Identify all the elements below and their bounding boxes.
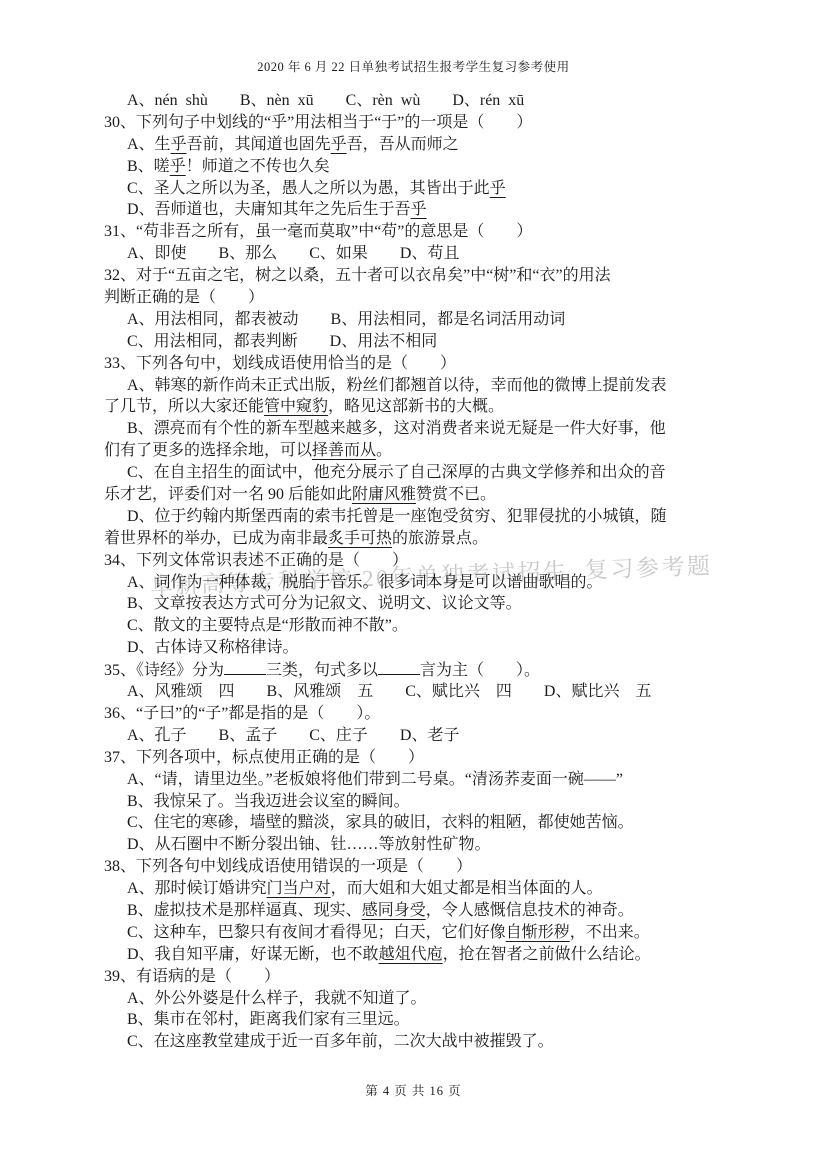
line-q39-a: A、外公外婆是什么样子，我就不知道了。 <box>104 988 730 1010</box>
line-q37-c: C、住宅的寒碜，墙壁的黯淡，家具的破旧，衣料的粗陋，都使她苦恼。 <box>104 812 730 834</box>
page-header: 2020 年 6 月 22 日单独考试招生报考学生复习参考使用 <box>0 57 827 75</box>
text-segment: 吾，吾从而师之 <box>347 136 459 153</box>
line-q34-c: C、散文的主要特点是“形散而神不散”。 <box>104 615 730 637</box>
text-segment: 判断正确的是（ ） <box>104 289 264 306</box>
line-q37: 37、下列各项中，标点使用正确的是（ ） <box>104 747 730 769</box>
text-segment: 34、下列文体常识表述不正确的是（ ） <box>104 552 408 569</box>
line-q32-cd: C、用法相同，都表判断 D、用法不相同 <box>104 331 730 353</box>
line-q30-c: C、圣人之所以为圣，愚人之所以为愚，其皆出于此乎 <box>104 178 730 200</box>
text-segment: 言为主（ ）。 <box>420 662 540 679</box>
text-segment: 赞赏不已。 <box>416 486 496 503</box>
line-q32-ab: A、用法相同，都表被动 B、用法相同，都是名词活用动词 <box>104 309 730 331</box>
text-segment: ，而大姐和大姐丈都是相当体面的人。 <box>331 880 603 897</box>
line-q38-b: B、虚拟技术是那样逼真、现实、感同身受，令人感慨信息技术的神奇。 <box>104 900 730 922</box>
underlined-term: 乎 <box>411 201 427 218</box>
text-segment: 38、下列各句中划线成语使用错误的一项是（ ） <box>104 858 472 875</box>
text-segment: 了几节，所以大家还能 <box>104 398 264 415</box>
text-segment: ，略见这部新书的大概。 <box>328 398 504 415</box>
text-segment: D、从石圈中不断分裂出铀、钍……等放射性矿物。 <box>127 836 491 853</box>
blank-line <box>378 659 420 675</box>
text-segment: 。 <box>376 442 392 459</box>
underlined-term: 管中窥豹 <box>264 398 328 415</box>
text-segment: ，令人感慨信息技术的神奇。 <box>426 902 634 919</box>
text-segment: B、集市在邻村，距离我们家有三里远。 <box>127 1011 410 1028</box>
line-q38: 38、下列各句中划线成语使用错误的一项是（ ） <box>104 856 730 878</box>
text-segment: C、在这座教堂建成于近一百多年前，二次大战中被摧毁了。 <box>127 1033 554 1050</box>
text-segment: A、词作为一种体裁，脱胎于音乐。很多词本身是可以谱曲歌唱的。 <box>127 574 603 591</box>
text-segment: C、住宅的寒碜，墙壁的黯淡，家具的破旧，衣料的粗陋，都使她苦恼。 <box>127 814 634 831</box>
line-q39-c: C、在这座教堂建成于近一百多年前，二次大战中被摧毁了。 <box>104 1031 730 1053</box>
line-q36-options: A、孔子 B、孟子 C、庄子 D、老子 <box>104 725 730 747</box>
line-q33-a2: 了几节，所以大家还能管中窥豹，略见这部新书的大概。 <box>104 396 730 418</box>
line-q33-d2: 着世界杯的举办，已成为南非最炙手可热的旅游景点。 <box>104 528 730 550</box>
underlined-term: 乎 <box>490 180 506 197</box>
underlined-term: 越俎代庖 <box>379 946 443 963</box>
text-segment: C、散文的主要特点是“形散而神不散”。 <box>127 617 408 634</box>
line-q32-2: 判断正确的是（ ） <box>104 287 730 309</box>
text-segment: A、即使 B、那么 C、如果 D、苟且 <box>127 245 459 262</box>
text-segment: 30、下列句子中划线的“乎”用法相当于“于”的一项是（ ） <box>104 114 532 131</box>
line-q39-b: B、集市在邻村，距离我们家有三里远。 <box>104 1009 730 1031</box>
line-q33-a1: A、韩寒的新作尚未正式出版，粉丝们都翘首以待，幸而他的微博上提前发表 <box>104 375 730 397</box>
text-segment: A、那时候订婚讲究 <box>127 880 267 897</box>
text-segment: A、nén shù B、nèn xū C、rèn wù D、rén xū <box>127 92 524 109</box>
text-segment: D、古体诗又称格律诗。 <box>127 639 299 656</box>
text-segment: A、孔子 B、孟子 C、庄子 D、老子 <box>127 727 459 744</box>
text-segment: C、在自主招生的面试中，他充分展示了自己深厚的古典文学修养和出众的音 <box>127 464 666 481</box>
line-q36: 36、“子曰”的“子”都是指的是（ ）。 <box>104 703 730 725</box>
text-segment: 35、《诗经》分为 <box>104 662 224 679</box>
text-segment: D、吾师道也，夫庸知其年之先后生于吾 <box>127 201 411 218</box>
underlined-term: 感同身受 <box>362 902 426 919</box>
text-segment: B、嗟 <box>127 158 170 175</box>
text-segment: 32、对于“五亩之宅，树之以桑，五十者可以衣帛矣”中“树”和“衣”的用法 <box>104 267 611 284</box>
text-segment: 37、下列各项中，标点使用正确的是（ ） <box>104 749 424 766</box>
line-q34-d: D、古体诗又称格律诗。 <box>104 637 730 659</box>
line-q34-b: B、文章按表达方式可分为记叙文、说明文、议论文等。 <box>104 593 730 615</box>
underlined-term: 门当户对 <box>267 880 331 897</box>
text-segment: 们有了更多的选择余地，可以 <box>104 442 312 459</box>
text-segment: B、文章按表达方式可分为记叙文、说明文、议论文等。 <box>127 595 522 612</box>
underlined-term: 附庸风雅 <box>352 486 416 503</box>
text-segment: A、风雅颂 四 B、风雅颂 五 C、赋比兴 四 D、赋比兴 五 <box>127 683 651 700</box>
text-segment: D、我自知平庸，好谋无断，也不敢 <box>127 946 379 963</box>
underlined-term: 乎 <box>171 136 187 153</box>
line-q33-b1: B、漂亮而有个性的新车型越来越多，这对消费者来说无疑是一件大好事，他 <box>104 418 730 440</box>
text-segment: B、我惊呆了。当我迈进会议室的瞬间。 <box>127 793 410 810</box>
exam-page: 2020 年 6 月 22 日单独考试招生报考学生复习参考使用 阜新高等专科学校… <box>0 0 827 1169</box>
underlined-term: 炙手可热 <box>328 530 392 547</box>
exam-content: A、nén shù B、nèn xū C、rèn wù D、rén xū30、下… <box>104 90 730 1053</box>
line-q29-options: A、nén shù B、nèn xū C、rèn wù D、rén xū <box>104 90 730 112</box>
text-segment: ，抢在智者之前做什么结论。 <box>443 946 651 963</box>
text-segment: D、位于约翰内斯堡西南的索韦托曾是一座饱受贫穷、犯罪侵扰的小城镇，随 <box>127 508 667 525</box>
line-q30: 30、下列句子中划线的“乎”用法相当于“于”的一项是（ ） <box>104 112 730 134</box>
line-q33-b2: 们有了更多的选择余地，可以择善而从。 <box>104 440 730 462</box>
text-segment: A、生 <box>127 136 171 153</box>
text-segment: C、这种车，巴黎只有夜间才看得见；白天，它们好像 <box>127 924 506 941</box>
line-q35: 35、《诗经》分为三类，句式多以言为主（ ）。 <box>104 659 730 681</box>
underlined-term: 乎 <box>170 158 186 175</box>
line-q33-c1: C、在自主招生的面试中，他充分展示了自己深厚的古典文学修养和出众的音 <box>104 462 730 484</box>
text-segment: A、“请，请里边坐。”老板娘将他们带到二号桌。“清汤荞麦面一碗——” <box>127 771 623 788</box>
text-segment: 33、下列各句中，划线成语使用恰当的是（ ） <box>104 355 456 372</box>
text-segment: C、用法相同，都表判断 D、用法不相同 <box>127 333 437 350</box>
text-segment: A、韩寒的新作尚未正式出版，粉丝们都翘首以待，幸而他的微博上提前发表 <box>127 377 667 394</box>
underlined-term: 择善而从 <box>312 442 376 459</box>
line-q34: 34、下列文体常识表述不正确的是（ ） <box>104 550 730 572</box>
text-segment: ！师道之不传也久矣 <box>186 158 330 175</box>
text-segment: C、圣人之所以为圣，愚人之所以为愚，其皆出于此 <box>127 180 490 197</box>
line-q37-a: A、“请，请里边坐。”老板娘将他们带到二号桌。“清汤荞麦面一碗——” <box>104 769 730 791</box>
text-segment: A、外公外婆是什么样子，我就不知道了。 <box>127 990 427 1007</box>
text-segment: 的旅游景点。 <box>392 530 488 547</box>
line-q38-d: D、我自知平庸，好谋无断，也不敢越俎代庖，抢在智者之前做什么结论。 <box>104 944 730 966</box>
line-q33-c2: 乐才艺，评委们对一名 90 后能如此附庸风雅赞赏不已。 <box>104 484 730 506</box>
line-q33-d1: D、位于约翰内斯堡西南的索韦托曾是一座饱受贫穷、犯罪侵扰的小城镇，随 <box>104 506 730 528</box>
blank-line <box>224 659 266 675</box>
text-segment: 31、“苟非吾之所有，虽一毫而莫取”中“苟”的意思是（ ） <box>104 223 532 240</box>
underlined-term: 乎 <box>331 136 347 153</box>
text-segment: 三类，句式多以 <box>266 662 378 679</box>
line-q37-b: B、我惊呆了。当我迈进会议室的瞬间。 <box>104 791 730 813</box>
line-q30-b: B、嗟乎！师道之不传也久矣 <box>104 156 730 178</box>
text-segment: 39、有语病的是（ ） <box>104 968 280 985</box>
line-q38-a: A、那时候订婚讲究门当户对，而大姐和大姐丈都是相当体面的人。 <box>104 878 730 900</box>
text-segment: ，不出来。 <box>570 924 650 941</box>
text-segment: 36、“子曰”的“子”都是指的是（ ）。 <box>104 705 380 722</box>
line-q38-c: C、这种车，巴黎只有夜间才看得见；白天，它们好像自惭形秽，不出来。 <box>104 922 730 944</box>
page-footer: 第 4 页 共 16 页 <box>0 1081 827 1099</box>
underlined-term: 自惭形秽 <box>506 924 570 941</box>
line-q31-options: A、即使 B、那么 C、如果 D、苟且 <box>104 243 730 265</box>
text-segment: 乐才艺，评委们对一名 90 后能如此 <box>104 486 352 503</box>
text-segment: B、虚拟技术是那样逼真、现实、 <box>127 902 362 919</box>
text-segment: 吾前，其闻道也固先 <box>187 136 331 153</box>
line-q30-d: D、吾师道也，夫庸知其年之先后生于吾乎 <box>104 199 730 221</box>
line-q39: 39、有语病的是（ ） <box>104 966 730 988</box>
line-q33: 33、下列各句中，划线成语使用恰当的是（ ） <box>104 353 730 375</box>
text-segment: B、漂亮而有个性的新车型越来越多，这对消费者来说无疑是一件大好事，他 <box>127 420 666 437</box>
line-q30-a: A、生乎吾前，其闻道也固先乎吾，吾从而师之 <box>104 134 730 156</box>
text-segment: A、用法相同，都表被动 B、用法相同，都是名词活用动词 <box>127 311 565 328</box>
line-q32-1: 32、对于“五亩之宅，树之以桑，五十者可以衣帛矣”中“树”和“衣”的用法 <box>104 265 730 287</box>
line-q34-a: A、词作为一种体裁，脱胎于音乐。很多词本身是可以谱曲歌唱的。 <box>104 572 730 594</box>
text-segment: 着世界杯的举办，已成为南非最 <box>104 530 328 547</box>
line-q35-options: A、风雅颂 四 B、风雅颂 五 C、赋比兴 四 D、赋比兴 五 <box>104 681 730 703</box>
line-q31: 31、“苟非吾之所有，虽一毫而莫取”中“苟”的意思是（ ） <box>104 221 730 243</box>
line-q37-d: D、从石圈中不断分裂出铀、钍……等放射性矿物。 <box>104 834 730 856</box>
